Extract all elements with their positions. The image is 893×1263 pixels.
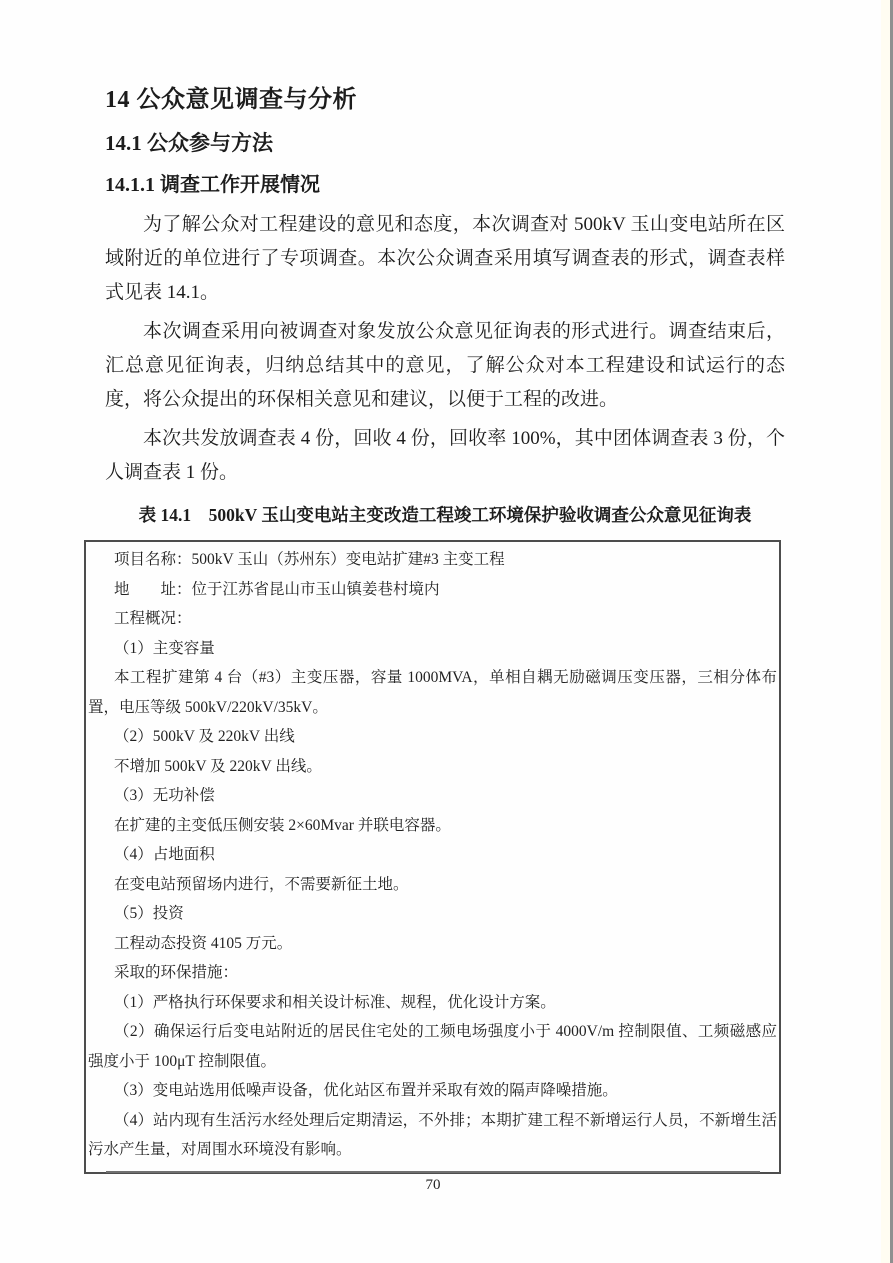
form-line-measures-label: 采取的环保措施： [88,958,777,988]
form-line-item2-body: 不增加 500kV 及 220kV 出线。 [88,752,777,782]
form-line-item5-body: 工程动态投资 4105 万元。 [88,929,777,959]
form-line-item1-body: 本工程扩建第 4 台（#3）主变压器，容量 1000MVA，单相自耦无励磁调压变… [88,663,777,722]
subsection-heading: 14.1.1 调查工作开展情况 [105,173,785,198]
document-page: 14 公众意见调查与分析 14.1 公众参与方法 14.1.1 调查工作开展情况… [0,0,893,1263]
form-line-item5-title: （5）投资 [88,899,777,929]
section-heading: 14.1 公众参与方法 [105,130,785,156]
paragraph-survey-counts: 本次共发放调查表 4 份，回收 4 份，回收率 100%，其中团体调查表 3 份… [105,422,785,490]
chapter-heading: 14 公众意见调查与分析 [105,85,785,115]
paragraph-survey-method: 本次调查采用向被调查对象发放公众意见征询表的形式进行。调查结束后，汇总意见征询表… [105,315,785,417]
survey-form-box: 项目名称：500kV 玉山（苏州东）变电站扩建#3 主变工程 地 址：位于江苏省… [84,540,781,1174]
form-line-address: 地 址：位于江苏省昆山市玉山镇姜巷村境内 [88,575,777,605]
form-line-item4-body: 在变电站预留场内进行，不需要新征土地。 [88,870,777,900]
form-line-item4-title: （4）占地面积 [88,840,777,870]
scan-edge-artifact [881,0,893,1263]
form-line-item3-title: （3）无功补偿 [88,781,777,811]
footer-divider: 70 [106,1171,760,1194]
form-line-item1-title: （1）主变容量 [88,634,777,664]
form-line-measure1: （1）严格执行环保要求和相关设计标准、规程，优化设计方案。 [88,988,777,1018]
form-line-measure2: （2）确保运行后变电站附近的居民住宅处的工频电场强度小于 4000V/m 控制限… [88,1017,777,1076]
form-line-item2-title: （2）500kV 及 220kV 出线 [88,722,777,752]
paragraph-survey-scope: 为了解公众对工程建设的意见和态度，本次调查对 500kV 玉山变电站所在区域附近… [105,208,785,310]
form-line-measure3: （3）变电站选用低噪声设备，优化站区布置并采取有效的隔声降噪措施。 [88,1076,777,1106]
form-line-item3-body: 在扩建的主变低压侧安装 2×60Mvar 并联电容器。 [88,811,777,841]
table-caption: 表 14.1 500kV 玉山变电站主变改造工程竣工环境保护验收调查公众意见征询… [105,502,785,528]
form-line-overview-label: 工程概况： [88,604,777,634]
page-number: 70 [426,1176,441,1194]
form-line-project-name: 项目名称：500kV 玉山（苏州东）变电站扩建#3 主变工程 [88,545,777,575]
form-line-measure4: （4）站内现有生活污水经处理后定期清运，不外排；本期扩建工程不新增运行人员，不新… [88,1106,777,1165]
